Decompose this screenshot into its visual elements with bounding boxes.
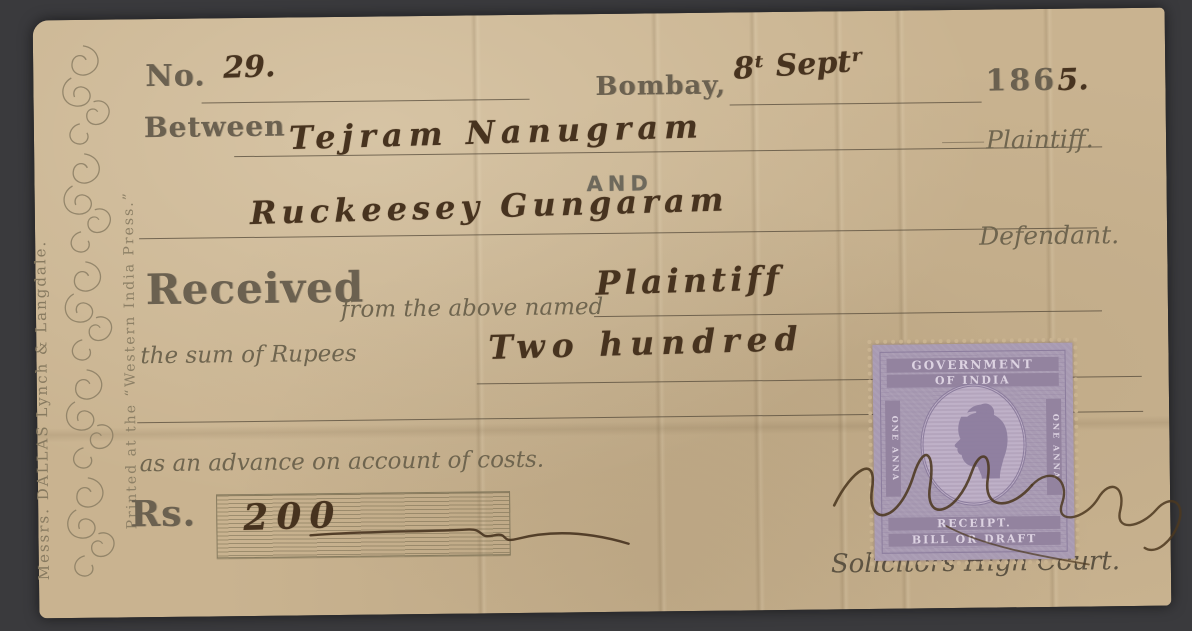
stamp-receipt-line: RECEIPT.	[888, 516, 1060, 531]
party1-name: Tejram Nanugram	[288, 107, 704, 157]
year-hand: 5.	[1057, 62, 1089, 98]
sum-value: Two hundred	[488, 319, 805, 367]
from-label: from the above named	[341, 294, 604, 323]
advance-label: as an advance on account of costs.	[140, 447, 545, 478]
no-rule	[202, 99, 530, 104]
year-printed: 186	[985, 63, 1057, 99]
receipt-document: Messrs. DALLAS Lynch & Langdale. Printed…	[33, 8, 1172, 619]
rs-value: 200	[243, 494, 343, 539]
plaintiff-dash	[942, 142, 984, 143]
margin-printer-credit: Printed at the “Western India Press.”	[120, 129, 141, 529]
from-rule	[594, 310, 1102, 317]
paper-crease	[749, 12, 766, 610]
between-label: Between	[144, 110, 286, 145]
sum-label: the sum of Rupees	[140, 341, 357, 369]
stamp-left-denomination: ONE ANNA	[885, 401, 901, 497]
defendant-label: Defendant.	[979, 220, 1119, 251]
place-name: Bombay,	[595, 71, 726, 102]
stamp-bill-draft-line: BILL OR DRAFT	[889, 532, 1061, 547]
date-rule	[730, 102, 982, 106]
no-label: No.	[145, 58, 206, 94]
received-label: Received	[145, 263, 364, 314]
queen-victoria-portrait	[920, 383, 1027, 506]
party2-name: Ruckeesey Gungaram	[249, 180, 729, 232]
scrollwork-ornament-icon	[51, 40, 121, 581]
stamp-right-denomination: ONE ANNA	[1046, 399, 1062, 495]
plaintiff-label: Plaintiff.	[986, 124, 1094, 154]
revenue-stamp: GOVERNMENT OF INDIA ONE ANNA ONE ANNA RE…	[872, 343, 1074, 561]
rs-label: Rs.	[130, 493, 196, 536]
stamp-gov-line1: GOVERNMENT	[887, 357, 1059, 373]
paper-crease	[651, 13, 668, 611]
date-value: 8ᵗ Septʳ	[732, 44, 864, 87]
from-value: Plaintiff	[595, 258, 783, 302]
no-value: 29.	[223, 49, 276, 85]
margin-firm-name: Messrs. DALLAS Lynch & Langdale.	[29, 60, 53, 580]
paper-crease	[833, 11, 850, 609]
